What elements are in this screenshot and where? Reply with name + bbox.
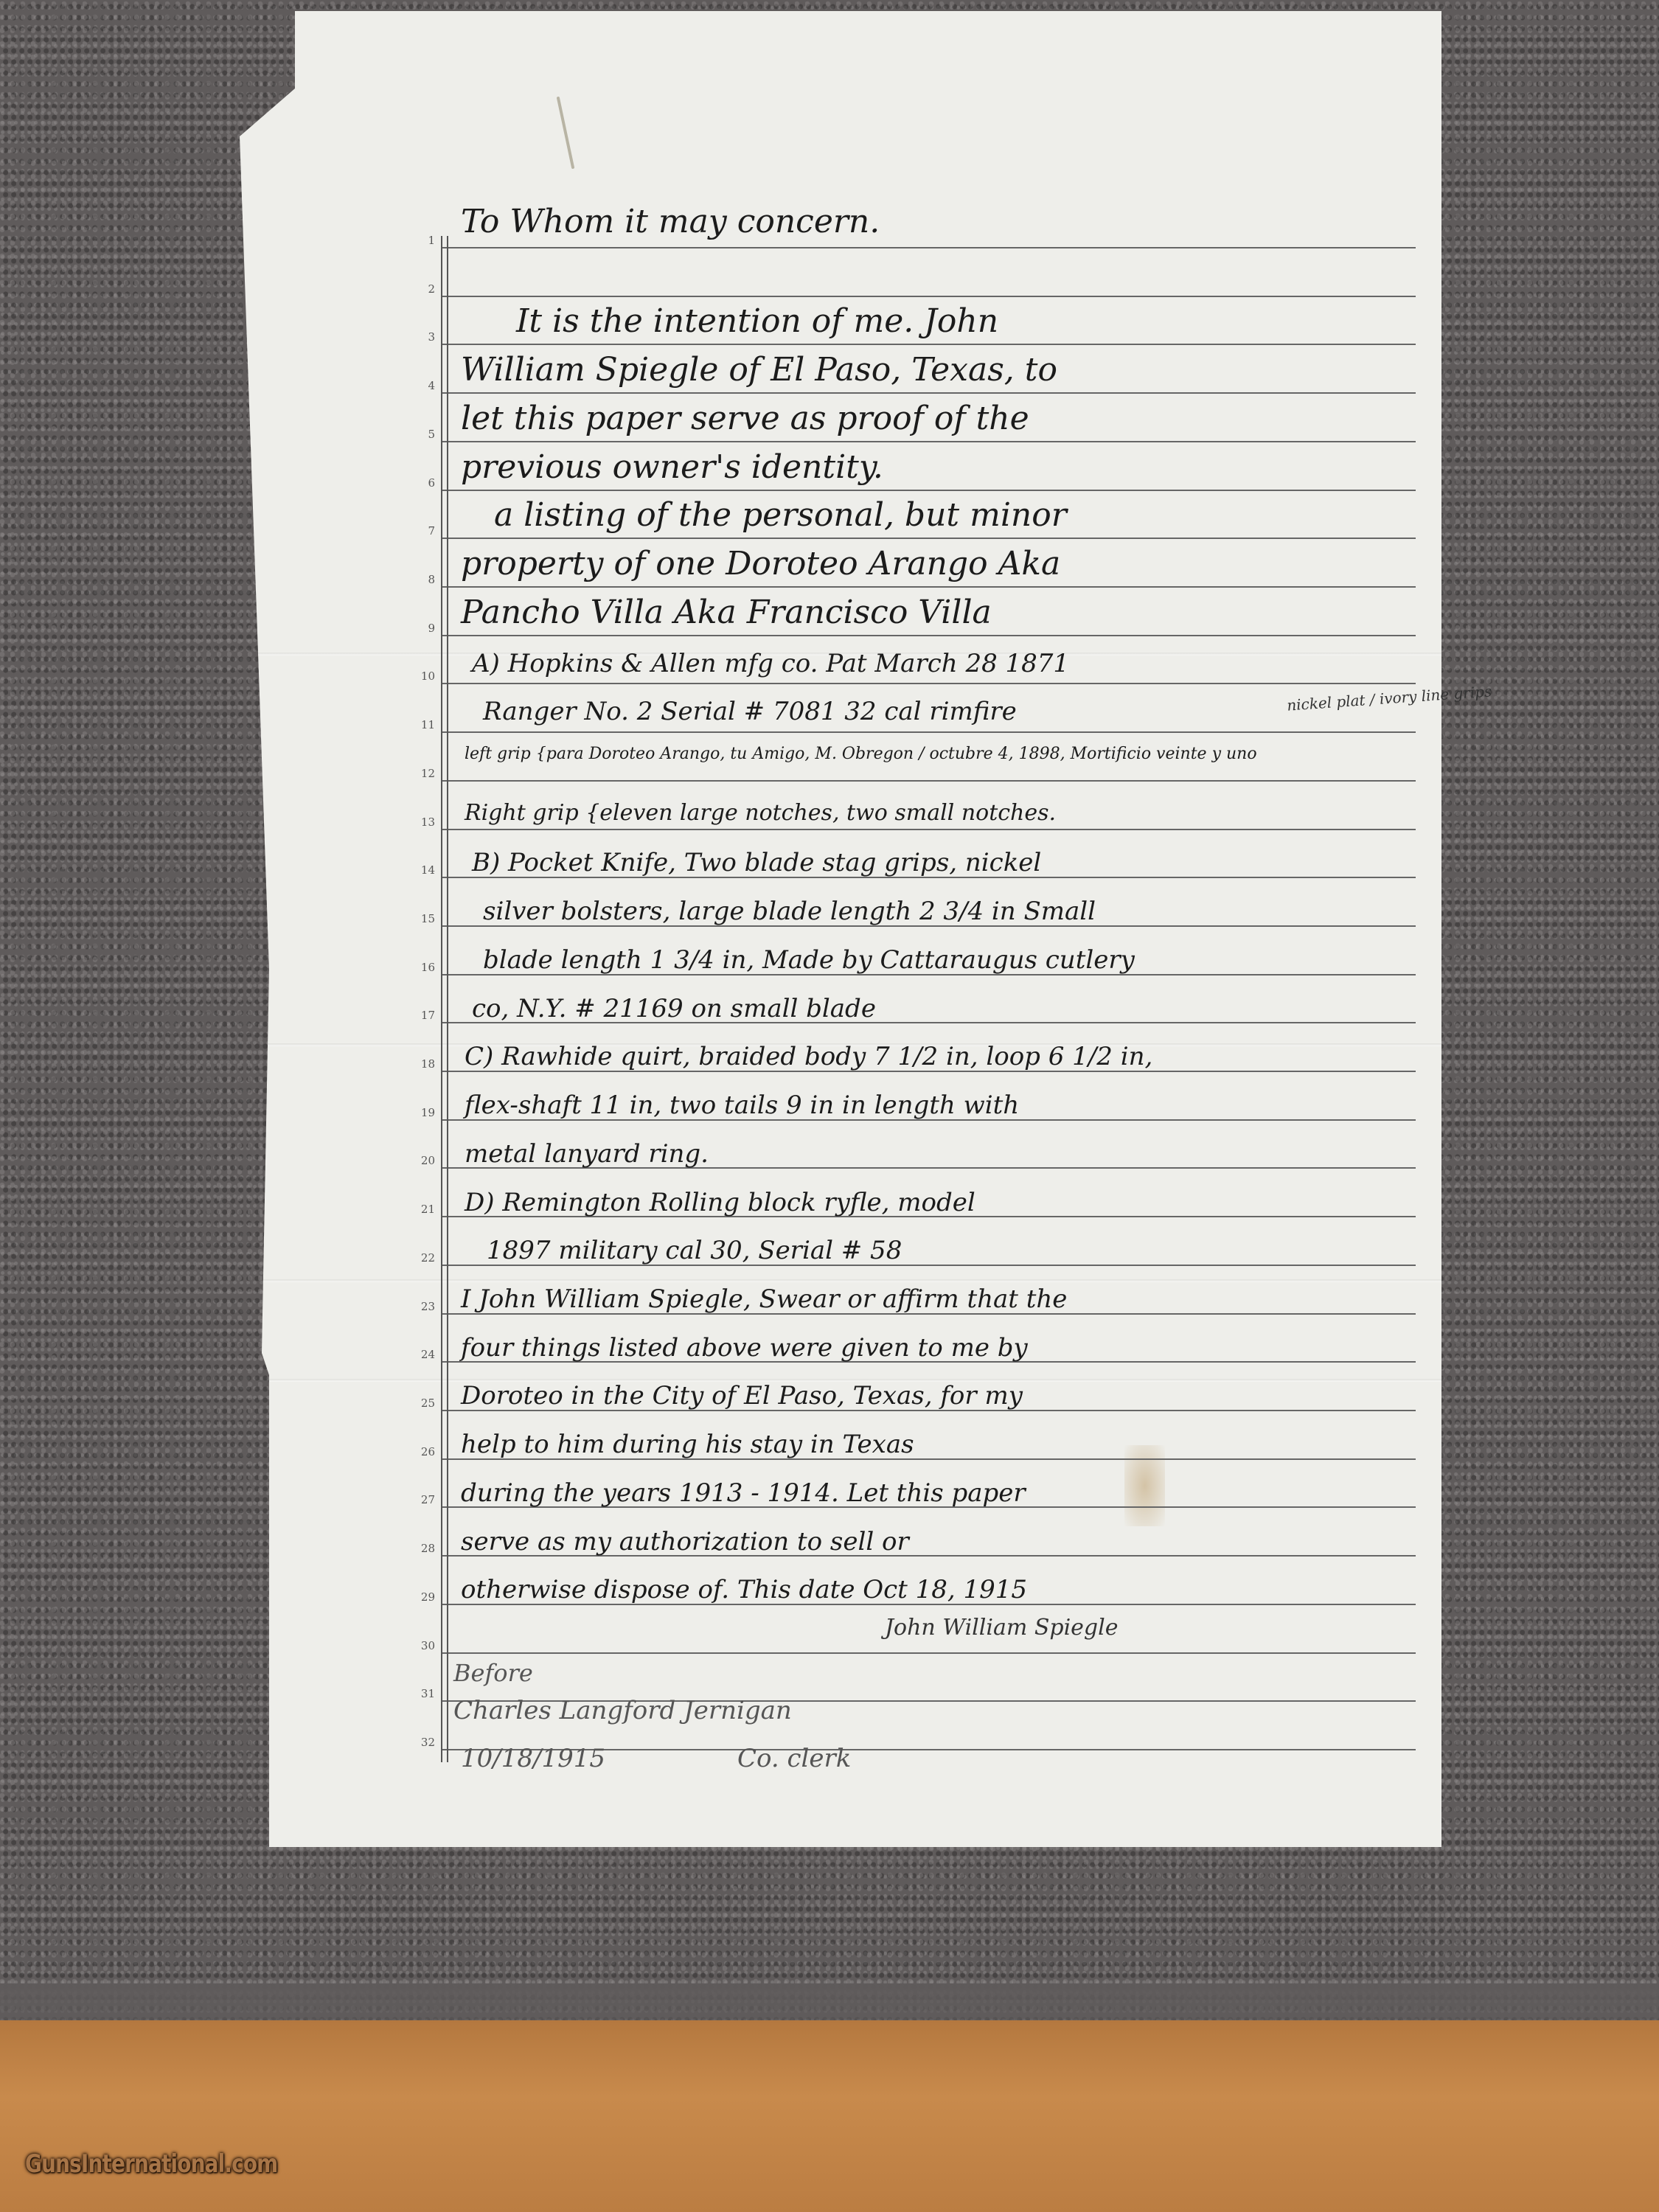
ruled-line (442, 731, 1416, 733)
line-20-text: metal lanyard ring. (465, 1139, 709, 1169)
line-5-text: let this paper serve as proof of the (461, 400, 1029, 437)
line-number: 22 (413, 1251, 435, 1265)
line-18-text: C) Rawhide quirt, braided body 7 1/2 in,… (465, 1042, 1152, 1071)
line-number: 28 (413, 1542, 435, 1555)
ruled-line (442, 780, 1416, 782)
line-6-text: previous owner's identity. (461, 448, 883, 486)
line-8-text: property of one Doroteo Arango Aka (461, 545, 1060, 582)
line-17-text: co, N.Y. # 21169 on small blade (472, 994, 876, 1023)
line-3-text: It is the intention of me. John (516, 302, 998, 340)
wood-floor (0, 2020, 1659, 2212)
line-number: 11 (413, 718, 435, 731)
line-number: 24 (413, 1348, 435, 1361)
line-number: 4 (413, 379, 435, 392)
line-number: 6 (413, 476, 435, 490)
line-number: 19 (413, 1106, 435, 1119)
line-number: 29 (413, 1590, 435, 1604)
ruled-line (442, 683, 1416, 684)
ruled-line (442, 441, 1416, 442)
ruled-line (442, 586, 1416, 588)
line-number: 2 (413, 282, 435, 296)
paper-stain (1124, 1445, 1165, 1526)
line-number: 27 (413, 1493, 435, 1506)
line-number: 3 (413, 330, 435, 344)
line-number: 31 (413, 1687, 435, 1700)
paper-tear (557, 97, 575, 170)
line-7-text: a listing of the personal, but minor (494, 496, 1067, 534)
line-number: 20 (413, 1154, 435, 1167)
line-number: 1 (413, 234, 435, 247)
line-number: 30 (413, 1639, 435, 1652)
ruled-line (442, 635, 1416, 636)
ruled-line (442, 392, 1416, 394)
line-10-text: A) Hopkins & Allen mfg co. Pat March 28 … (472, 649, 1069, 678)
line-16-text: blade length 1 3/4 in, Made by Cattaraug… (483, 945, 1135, 975)
line-27-text: during the years 1913 - 1914. Let this p… (461, 1478, 1026, 1508)
line-number: 16 (413, 961, 435, 974)
line-29-text: otherwise dispose of. This date Oct 18, … (461, 1575, 1027, 1604)
line-14-text: B) Pocket Knife, Two blade stag grips, n… (472, 848, 1041, 877)
line-26-text: help to him during his stay in Texas (461, 1430, 914, 1459)
line-21-text: D) Remington Rolling block ryfle, model (465, 1188, 975, 1217)
line-12-text: left grip {para Doroteo Arango, tu Amigo… (465, 743, 1276, 765)
line-number: 10 (413, 669, 435, 683)
line-1-text: To Whom it may concern. (461, 203, 880, 240)
watermark-logo: GunsInternational.com (25, 2149, 277, 2179)
line-19-text: flex-shaft 11 in, two tails 9 in in leng… (465, 1091, 1019, 1120)
line-23-text: I John William Spiegle, Swear or affirm … (461, 1284, 1067, 1314)
line-number: 23 (413, 1300, 435, 1313)
witness-label: Before (453, 1659, 533, 1687)
line-number: 32 (413, 1736, 435, 1749)
line-13-text: Right grip {eleven large notches, two sm… (465, 800, 1056, 826)
line-number: 7 (413, 524, 435, 538)
witness-title: Co. clerk (737, 1744, 851, 1773)
margin-line (447, 236, 448, 1762)
line-number: 14 (413, 863, 435, 877)
ruled-line (442, 247, 1416, 248)
line-22-text: 1897 military cal 30, Serial # 58 (487, 1236, 902, 1265)
line-number: 21 (413, 1203, 435, 1216)
paper-fold (240, 1279, 1441, 1282)
line-number: 26 (413, 1445, 435, 1458)
witness-name: Charles Langford Jernigan (453, 1696, 792, 1725)
ruled-line (442, 344, 1416, 345)
witness-date: 10/18/1915 (461, 1744, 605, 1773)
ruled-line (442, 296, 1416, 297)
ruled-line (442, 1652, 1416, 1654)
signature: John William Spiegle (885, 1615, 1118, 1641)
ruled-line (442, 490, 1416, 491)
line-number: 5 (413, 428, 435, 441)
line-15-text: silver bolsters, large blade length 2 3/… (483, 897, 1096, 926)
line-number: 13 (413, 815, 435, 829)
line-number: 9 (413, 622, 435, 635)
line-number: 12 (413, 767, 435, 780)
line-9-text: Pancho Villa Aka Francisco Villa (461, 594, 992, 631)
line-11-text: Ranger No. 2 Serial # 7081 32 cal rimfir… (483, 697, 1017, 726)
line-number: 15 (413, 912, 435, 925)
ruled-line (442, 829, 1416, 830)
line-25-text: Doroteo in the City of El Paso, Texas, f… (461, 1381, 1023, 1411)
ruled-line (442, 538, 1416, 539)
line-number: 25 (413, 1397, 435, 1410)
line-number: 17 (413, 1009, 435, 1022)
line-number: 8 (413, 573, 435, 586)
line-28-text: serve as my authorization to sell or (461, 1527, 909, 1557)
line-4-text: William Spiegle of El Paso, Texas, to (461, 351, 1057, 389)
margin-line (441, 236, 442, 1762)
line-24-text: four things listed above were given to m… (461, 1333, 1028, 1363)
line-number: 18 (413, 1057, 435, 1071)
